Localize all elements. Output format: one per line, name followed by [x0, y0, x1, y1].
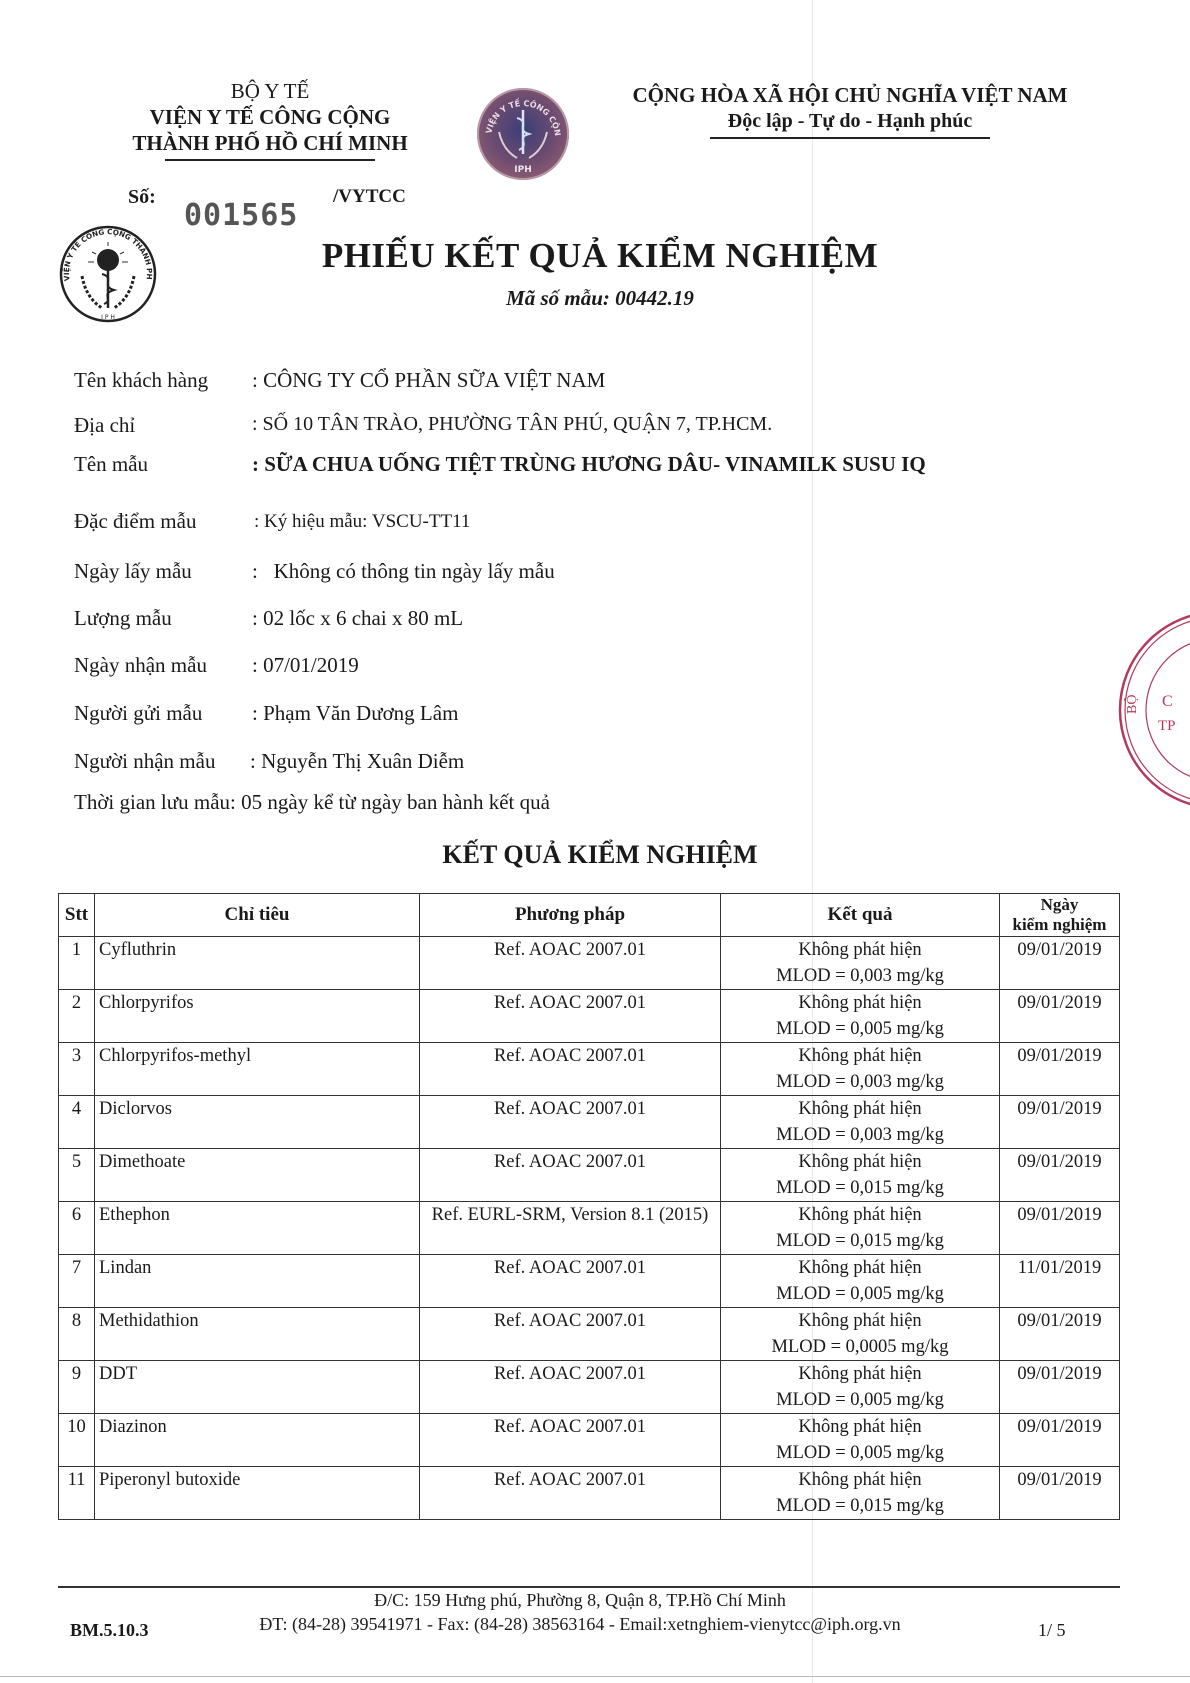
footer-phone-email: ĐT: (84-28) 39541971 - Fax: (84-28) 3856…: [200, 1612, 960, 1636]
cell-method: Ref. AOAC 2007.01: [420, 1361, 721, 1414]
cell-stt: 3: [59, 1043, 95, 1096]
table-row: 2ChlorpyrifosRef. AOAC 2007.01Không phát…: [59, 990, 1120, 1043]
info-label: Người gửi mẫu: [74, 701, 202, 726]
cell-method: Ref. AOAC 2007.01: [420, 1096, 721, 1149]
info-value: : Nguyễn Thị Xuân Diễm: [250, 749, 464, 774]
result-status: Không phát hiện: [721, 1043, 999, 1069]
cell-result: Không phát hiệnMLOD = 0,003 mg/kg: [721, 1043, 1000, 1096]
document-number-label: Số:: [128, 186, 156, 209]
info-row-address: Địa chỉ : SỐ 10 TÂN TRÀO, PHƯỜNG TÂN PHÚ…: [74, 413, 135, 438]
cell-method: Ref. AOAC 2007.01: [420, 1149, 721, 1202]
footer-address: Đ/C: 159 Hưng phú, Phường 8, Quận 8, TP.…: [200, 1588, 960, 1612]
results-section-title: KẾT QUẢ KIỂM NGHIỆM: [230, 840, 970, 870]
cell-result: Không phát hiệnMLOD = 0,015 mg/kg: [721, 1467, 1000, 1520]
cell-indicator: Diclorvos: [95, 1096, 420, 1149]
motto-underline: [710, 137, 990, 139]
cell-result: Không phát hiệnMLOD = 0,015 mg/kg: [721, 1202, 1000, 1255]
cell-result: Không phát hiệnMLOD = 0,0005 mg/kg: [721, 1308, 1000, 1361]
result-status: Không phát hiện: [721, 1202, 999, 1228]
info-value: : Phạm Văn Dương Lâm: [252, 701, 458, 726]
cell-stt: 10: [59, 1414, 95, 1467]
cell-test-date: 09/01/2019: [1000, 1149, 1120, 1202]
cell-test-date: 09/01/2019: [1000, 1202, 1120, 1255]
cell-indicator: Cyfluthrin: [95, 937, 420, 990]
table-row: 1CyfluthrinRef. AOAC 2007.01Không phát h…: [59, 937, 1120, 990]
result-mlod: MLOD = 0,005 mg/kg: [721, 1281, 999, 1307]
info-label: Tên mẫu: [74, 452, 148, 477]
cell-method: Ref. AOAC 2007.01: [420, 990, 721, 1043]
cell-indicator: Lindan: [95, 1255, 420, 1308]
info-row-customer: Tên khách hàng : CÔNG TY CỔ PHẦN SỮA VIỆ…: [74, 368, 208, 393]
cell-method: Ref. AOAC 2007.01: [420, 1467, 721, 1520]
cell-test-date: 09/01/2019: [1000, 1096, 1120, 1149]
cell-indicator: Methidathion: [95, 1308, 420, 1361]
cell-indicator: Piperonyl butoxide: [95, 1467, 420, 1520]
info-value: : 07/01/2019: [252, 653, 359, 678]
table-row: 5DimethoateRef. AOAC 2007.01Không phát h…: [59, 1149, 1120, 1202]
result-mlod: MLOD = 0,015 mg/kg: [721, 1493, 999, 1519]
cell-result: Không phát hiệnMLOD = 0,003 mg/kg: [721, 937, 1000, 990]
institute-name-line1: VIỆN Y TẾ CÔNG CỘNG: [100, 104, 440, 130]
table-row: 6EthephonRef. EURL-SRM, Version 8.1 (201…: [59, 1202, 1120, 1255]
footer-contact: Đ/C: 159 Hưng phú, Phường 8, Quận 8, TP.…: [200, 1588, 960, 1636]
cell-test-date: 09/01/2019: [1000, 937, 1120, 990]
info-row-retention: Thời gian lưu mẫu: 05 ngày kể từ ngày ba…: [74, 790, 550, 815]
info-row-received-date: Ngày nhận mẫu : 07/01/2019: [74, 653, 207, 678]
info-row-sampling-date: Ngày lấy mẫu : Không có thông tin ngày l…: [74, 559, 192, 584]
info-label: Tên khách hàng: [74, 368, 208, 393]
cell-result: Không phát hiệnMLOD = 0,005 mg/kg: [721, 990, 1000, 1043]
info-row-receiver: Người nhận mẫu : Nguyễn Thị Xuân Diễm: [74, 749, 215, 774]
sample-code: Mã số mẫu: 00442.19: [230, 286, 970, 311]
cell-result: Không phát hiệnMLOD = 0,005 mg/kg: [721, 1255, 1000, 1308]
svg-text:TP: TP: [1158, 718, 1176, 734]
cell-indicator: Diazinon: [95, 1414, 420, 1467]
result-status: Không phát hiện: [721, 937, 999, 963]
cell-stt: 9: [59, 1361, 95, 1414]
cell-stt: 6: [59, 1202, 95, 1255]
info-label: Địa chỉ: [74, 413, 135, 438]
cell-test-date: 09/01/2019: [1000, 990, 1120, 1043]
info-value: : Ký hiệu mẫu: VSCU-TT11: [254, 511, 470, 533]
cell-stt: 5: [59, 1149, 95, 1202]
ministry-name: BỘ Y TẾ: [100, 78, 440, 104]
table-row: 10DiazinonRef. AOAC 2007.01Không phát hi…: [59, 1414, 1120, 1467]
info-row-quantity: Lượng mẫu : 02 lốc x 6 chai x 80 mL: [74, 606, 172, 631]
cell-result: Không phát hiệnMLOD = 0,005 mg/kg: [721, 1414, 1000, 1467]
cell-method: Ref. AOAC 2007.01: [420, 1308, 721, 1361]
info-value: : 05 ngày kể từ ngày ban hành kết quả: [230, 790, 550, 814]
info-value: : Không có thông tin ngày lấy mẫu: [252, 559, 555, 584]
result-mlod: MLOD = 0,015 mg/kg: [721, 1175, 999, 1201]
svg-text:VIỆN Y TẾ CÔNG CỘNG TPHCM: VIỆN Y TẾ CÔNG CỘNG TPHCM: [477, 88, 562, 137]
cell-stt: 8: [59, 1308, 95, 1361]
info-row-sample-name: Tên mẫu : SỮA CHUA UỐNG TIỆT TRÙNG HƯƠNG…: [74, 452, 148, 477]
cell-test-date: 09/01/2019: [1000, 1043, 1120, 1096]
cell-test-date: 09/01/2019: [1000, 1361, 1120, 1414]
info-value: : CÔNG TY CỔ PHẦN SỮA VIỆT NAM: [252, 368, 605, 393]
official-red-stamp-icon: BỘ C TP: [1118, 610, 1190, 810]
header-date-line2: kiểm nghiệm: [1000, 915, 1119, 935]
result-status: Không phát hiện: [721, 1361, 999, 1387]
cell-indicator: Dimethoate: [95, 1149, 420, 1202]
result-mlod: MLOD = 0,005 mg/kg: [721, 1016, 999, 1042]
cell-test-date: 09/01/2019: [1000, 1467, 1120, 1520]
table-body: 1CyfluthrinRef. AOAC 2007.01Không phát h…: [59, 937, 1120, 1520]
info-label: Lượng mẫu: [74, 606, 172, 631]
header-date-line1: Ngày: [1000, 895, 1119, 915]
results-table: Stt Chỉ tiêu Phương pháp Kết quả Ngày ki…: [58, 893, 1120, 1520]
issuer-header: BỘ Y TẾ VIỆN Y TẾ CÔNG CỘNG THÀNH PHỐ HỒ…: [100, 78, 440, 161]
info-label: Ngày nhận mẫu: [74, 653, 207, 678]
cell-stt: 1: [59, 937, 95, 990]
info-value: : SỐ 10 TÂN TRÀO, PHƯỜNG TÂN PHÚ, QUẬN 7…: [252, 413, 772, 436]
header-indicator: Chỉ tiêu: [95, 894, 420, 937]
table-row: 8MethidathionRef. AOAC 2007.01Không phát…: [59, 1308, 1120, 1361]
header-stt: Stt: [59, 894, 95, 937]
info-label: Thời gian lưu mẫu: [74, 790, 230, 815]
info-label: Người nhận mẫu: [74, 749, 215, 774]
info-label: Đặc điểm mẫu: [74, 509, 196, 534]
table-row: 11Piperonyl butoxideRef. AOAC 2007.01Khô…: [59, 1467, 1120, 1520]
header-method: Phương pháp: [420, 894, 721, 937]
info-row-sender: Người gửi mẫu : Phạm Văn Dương Lâm: [74, 701, 202, 726]
cell-indicator: Chlorpyrifos-methyl: [95, 1043, 420, 1096]
document-number-stamp: 001565: [184, 198, 298, 233]
svg-text:C: C: [1162, 693, 1173, 710]
cell-result: Không phát hiệnMLOD = 0,015 mg/kg: [721, 1149, 1000, 1202]
table-row: 3Chlorpyrifos-methylRef. AOAC 2007.01Khô…: [59, 1043, 1120, 1096]
cell-method: Ref. AOAC 2007.01: [420, 1255, 721, 1308]
result-mlod: MLOD = 0,005 mg/kg: [721, 1440, 999, 1466]
form-code: BM.5.10.3: [70, 1620, 149, 1641]
republic-name: CỘNG HÒA XÃ HỘI CHỦ NGHĨA VIỆT NAM: [600, 82, 1100, 108]
result-mlod: MLOD = 0,003 mg/kg: [721, 1069, 999, 1095]
info-value: : SỮA CHUA UỐNG TIỆT TRÙNG HƯƠNG DÂU- VI…: [252, 452, 926, 477]
institute-name-line2: THÀNH PHỐ HỒ CHÍ MINH: [100, 130, 440, 156]
table-row: 4DiclorvosRef. AOAC 2007.01Không phát hi…: [59, 1096, 1120, 1149]
result-status: Không phát hiện: [721, 1308, 999, 1334]
document-number-suffix: /VYTCC: [333, 186, 406, 208]
svg-text:IPH: IPH: [514, 165, 531, 175]
result-mlod: MLOD = 0,003 mg/kg: [721, 963, 999, 989]
result-status: Không phát hiện: [721, 1149, 999, 1175]
cell-method: Ref. AOAC 2007.01: [420, 1043, 721, 1096]
national-motto: Độc lập - Tự do - Hạnh phúc: [600, 108, 1100, 134]
cell-stt: 4: [59, 1096, 95, 1149]
institute-logo-seal-icon: VIỆN Y TẾ CÔNG CỘNG THÀNH PHỐ HỒ CHÍ MIN…: [58, 222, 158, 326]
cell-test-date: 11/01/2019: [1000, 1255, 1120, 1308]
result-status: Không phát hiện: [721, 1096, 999, 1122]
cell-result: Không phát hiệnMLOD = 0,005 mg/kg: [721, 1361, 1000, 1414]
header-underline: [165, 159, 375, 161]
page-number: 1/ 5: [1038, 1620, 1066, 1641]
table-header-row: Stt Chỉ tiêu Phương pháp Kết quả Ngày ki…: [59, 894, 1120, 937]
cell-result: Không phát hiệnMLOD = 0,003 mg/kg: [721, 1096, 1000, 1149]
header-result: Kết quả: [721, 894, 1000, 937]
cell-stt: 11: [59, 1467, 95, 1520]
cell-method: Ref. AOAC 2007.01: [420, 937, 721, 990]
result-mlod: MLOD = 0,015 mg/kg: [721, 1228, 999, 1254]
result-status: Không phát hiện: [721, 990, 999, 1016]
cell-test-date: 09/01/2019: [1000, 1308, 1120, 1361]
header-test-date: Ngày kiểm nghiệm: [1000, 894, 1120, 937]
table-row: 7LindanRef. AOAC 2007.01Không phát hiệnM…: [59, 1255, 1120, 1308]
cell-indicator: Ethephon: [95, 1202, 420, 1255]
cell-stt: 7: [59, 1255, 95, 1308]
info-label: Ngày lấy mẫu: [74, 559, 192, 584]
result-status: Không phát hiện: [721, 1414, 999, 1440]
page-edge-line: [0, 1676, 1190, 1677]
cell-stt: 2: [59, 990, 95, 1043]
table-row: 9DDTRef. AOAC 2007.01Không phát hiệnMLOD…: [59, 1361, 1120, 1414]
svg-text:I P H: I P H: [101, 314, 115, 321]
info-row-sample-features: Đặc điểm mẫu : Ký hiệu mẫu: VSCU-TT11: [74, 509, 196, 534]
result-mlod: MLOD = 0,0005 mg/kg: [721, 1334, 999, 1360]
info-value: : 02 lốc x 6 chai x 80 mL: [252, 606, 463, 631]
result-mlod: MLOD = 0,005 mg/kg: [721, 1387, 999, 1413]
national-header: CỘNG HÒA XÃ HỘI CHỦ NGHĨA VIỆT NAM Độc l…: [600, 82, 1100, 139]
result-status: Không phát hiện: [721, 1255, 999, 1281]
cell-method: Ref. AOAC 2007.01: [420, 1414, 721, 1467]
institute-hologram-seal-icon: VIỆN Y TẾ CÔNG CỘNG TPHCM IPH: [477, 88, 569, 180]
cell-indicator: Chlorpyrifos: [95, 990, 420, 1043]
svg-text:BỘ: BỘ: [1123, 695, 1140, 714]
cell-method: Ref. EURL-SRM, Version 8.1 (2015): [420, 1202, 721, 1255]
document-title: PHIẾU KẾT QUẢ KIỂM NGHIỆM: [230, 236, 970, 276]
result-status: Không phát hiện: [721, 1467, 999, 1493]
cell-indicator: DDT: [95, 1361, 420, 1414]
cell-test-date: 09/01/2019: [1000, 1414, 1120, 1467]
result-mlod: MLOD = 0,003 mg/kg: [721, 1122, 999, 1148]
